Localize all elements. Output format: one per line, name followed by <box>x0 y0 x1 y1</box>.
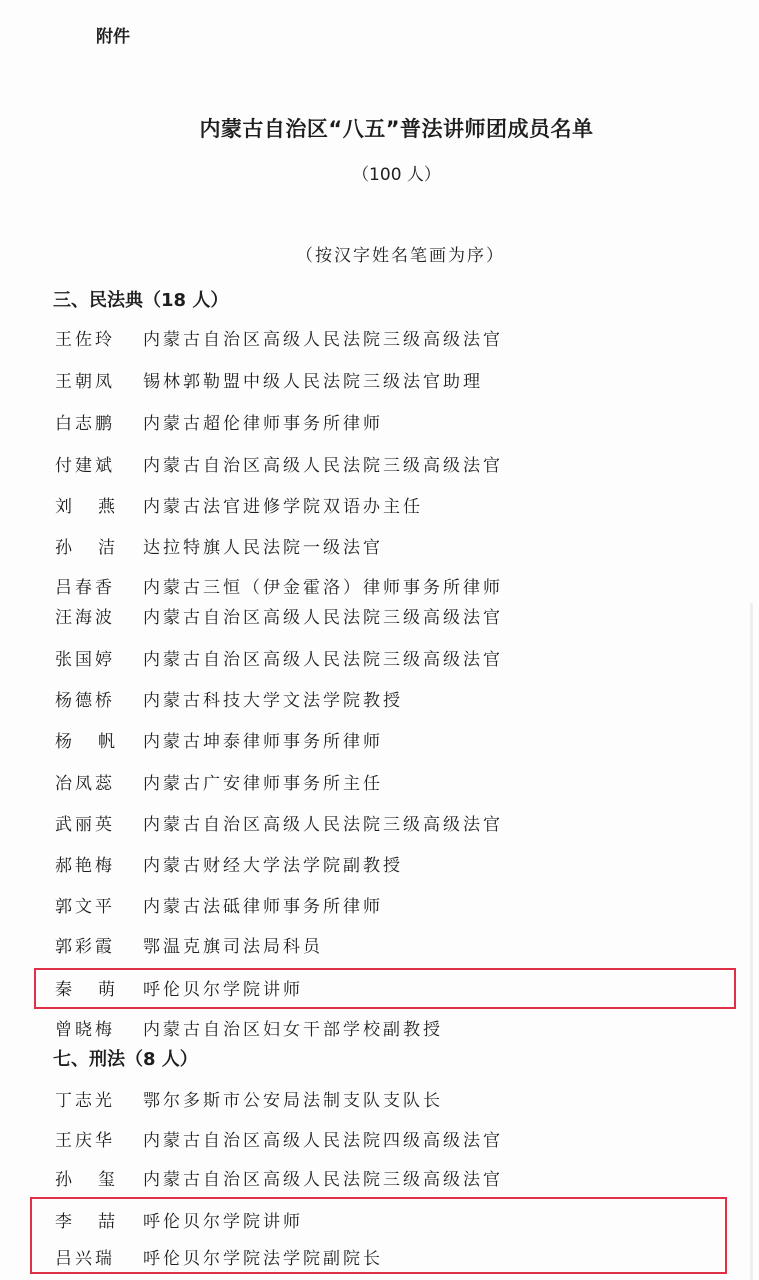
member-position: 内蒙古自治区高级人民法院三级高级法官 <box>143 645 503 670</box>
list-item: 武丽英内蒙古自治区高级人民法院三级高级法官 <box>55 808 503 836</box>
section-heading-civil-code: 三、民法典（18 人） <box>53 286 228 312</box>
member-name: 汪海波 <box>55 603 143 628</box>
member-position: 达拉特旗人民法院一级法官 <box>143 533 383 558</box>
list-item-highlighted: 吕兴瑞呼伦贝尔学院法学院副院长 <box>55 1242 383 1270</box>
member-position: 内蒙古法砥律师事务所律师 <box>143 892 383 917</box>
member-position: 内蒙古自治区高级人民法院三级高级法官 <box>143 810 503 835</box>
list-item: 汪海波内蒙古自治区高级人民法院三级高级法官 <box>55 601 503 629</box>
list-item: 刘燕内蒙古法官进修学院双语办主任 <box>55 490 423 518</box>
member-name: 李喆 <box>55 1207 143 1232</box>
member-position: 锡林郭勒盟中级人民法院三级法官助理 <box>143 367 483 392</box>
member-name: 曾晓梅 <box>55 1015 143 1040</box>
member-position: 内蒙古三恒（伊金霍洛）律师事务所律师 <box>143 573 503 598</box>
list-item: 孙洁达拉特旗人民法院一级法官 <box>55 531 383 559</box>
list-item: 王佐玲内蒙古自治区高级人民法院三级高级法官 <box>55 323 503 351</box>
list-item: 白志鹏内蒙古超伦律师事务所律师 <box>55 407 383 435</box>
member-position: 内蒙古自治区高级人民法院四级高级法官 <box>143 1126 503 1151</box>
member-name: 吕兴瑞 <box>55 1244 143 1269</box>
member-name: 武丽英 <box>55 810 143 835</box>
list-item: 郭文平内蒙古法砥律师事务所律师 <box>55 890 383 918</box>
list-item: 吕春香内蒙古三恒（伊金霍洛）律师事务所律师 <box>55 571 503 599</box>
member-position: 内蒙古自治区高级人民法院三级高级法官 <box>143 1165 503 1190</box>
member-position: 呼伦贝尔学院法学院副院长 <box>143 1244 383 1269</box>
member-name: 杨德桥 <box>55 686 143 711</box>
member-name: 郭文平 <box>55 892 143 917</box>
attachment-label: 附件 <box>96 22 130 47</box>
member-position: 呼伦贝尔学院讲师 <box>143 1207 303 1232</box>
member-name: 王庆华 <box>55 1126 143 1151</box>
member-name: 白志鹏 <box>55 409 143 434</box>
scan-edge-line <box>750 603 753 1280</box>
list-item: 杨帆内蒙古坤泰律师事务所律师 <box>55 725 383 753</box>
member-position: 内蒙古广安律师事务所主任 <box>143 769 383 794</box>
member-name: 吕春香 <box>55 573 143 598</box>
member-name: 郝艳梅 <box>55 851 143 876</box>
member-position: 呼伦贝尔学院讲师 <box>143 975 303 1000</box>
list-item: 付建斌内蒙古自治区高级人民法院三级高级法官 <box>55 449 503 477</box>
member-position: 内蒙古自治区高级人民法院三级高级法官 <box>143 451 503 476</box>
list-item-highlighted: 秦萌呼伦贝尔学院讲师 <box>55 973 303 1001</box>
list-item: 杨德桥内蒙古科技大学文法学院教授 <box>55 684 403 712</box>
document-title: 内蒙古自治区“八五”普法讲师团成员名单 <box>0 113 759 143</box>
list-item: 曾晓梅内蒙古自治区妇女干部学校副教授 <box>55 1013 443 1041</box>
member-name: 付建斌 <box>55 451 143 476</box>
member-name: 冶凤蕊 <box>55 769 143 794</box>
member-position: 内蒙古自治区妇女干部学校副教授 <box>143 1015 443 1040</box>
member-position: 内蒙古自治区高级人民法院三级高级法官 <box>143 325 503 350</box>
member-position: 鄂温克旗司法局科员 <box>143 932 323 957</box>
member-position: 内蒙古科技大学文法学院教授 <box>143 686 403 711</box>
member-name: 孙洁 <box>55 533 143 558</box>
member-position: 内蒙古法官进修学院双语办主任 <box>143 492 423 517</box>
member-name: 秦萌 <box>55 975 143 1000</box>
member-name: 郭彩霞 <box>55 932 143 957</box>
ordering-note: （按汉字姓名笔画为序） <box>296 241 505 266</box>
member-position: 内蒙古财经大学法学院副教授 <box>143 851 403 876</box>
member-position: 鄂尔多斯市公安局法制支队支队长 <box>143 1086 443 1111</box>
member-position: 内蒙古自治区高级人民法院三级高级法官 <box>143 603 503 628</box>
member-name: 王佐玲 <box>55 325 143 350</box>
member-name: 丁志光 <box>55 1086 143 1111</box>
list-item: 王朝凤锡林郭勒盟中级人民法院三级法官助理 <box>55 365 483 393</box>
list-item: 王庆华内蒙古自治区高级人民法院四级高级法官 <box>55 1124 503 1152</box>
list-item: 郝艳梅内蒙古财经大学法学院副教授 <box>55 849 403 877</box>
list-item: 郭彩霞鄂温克旗司法局科员 <box>55 930 323 958</box>
list-item-highlighted: 李喆呼伦贝尔学院讲师 <box>55 1205 303 1233</box>
list-item: 孙玺内蒙古自治区高级人民法院三级高级法官 <box>55 1163 503 1191</box>
list-item: 张国婷内蒙古自治区高级人民法院三级高级法官 <box>55 643 503 671</box>
member-position: 内蒙古坤泰律师事务所律师 <box>143 727 383 752</box>
total-count: （100 人） <box>0 160 759 185</box>
member-name: 刘燕 <box>55 492 143 517</box>
section-heading-criminal-law: 七、刑法（8 人） <box>53 1045 198 1071</box>
list-item: 丁志光鄂尔多斯市公安局法制支队支队长 <box>55 1084 443 1112</box>
member-name: 张国婷 <box>55 645 143 670</box>
member-position: 内蒙古超伦律师事务所律师 <box>143 409 383 434</box>
list-item: 冶凤蕊内蒙古广安律师事务所主任 <box>55 767 383 795</box>
member-name: 孙玺 <box>55 1165 143 1190</box>
member-name: 王朝凤 <box>55 367 143 392</box>
member-name: 杨帆 <box>55 727 143 752</box>
